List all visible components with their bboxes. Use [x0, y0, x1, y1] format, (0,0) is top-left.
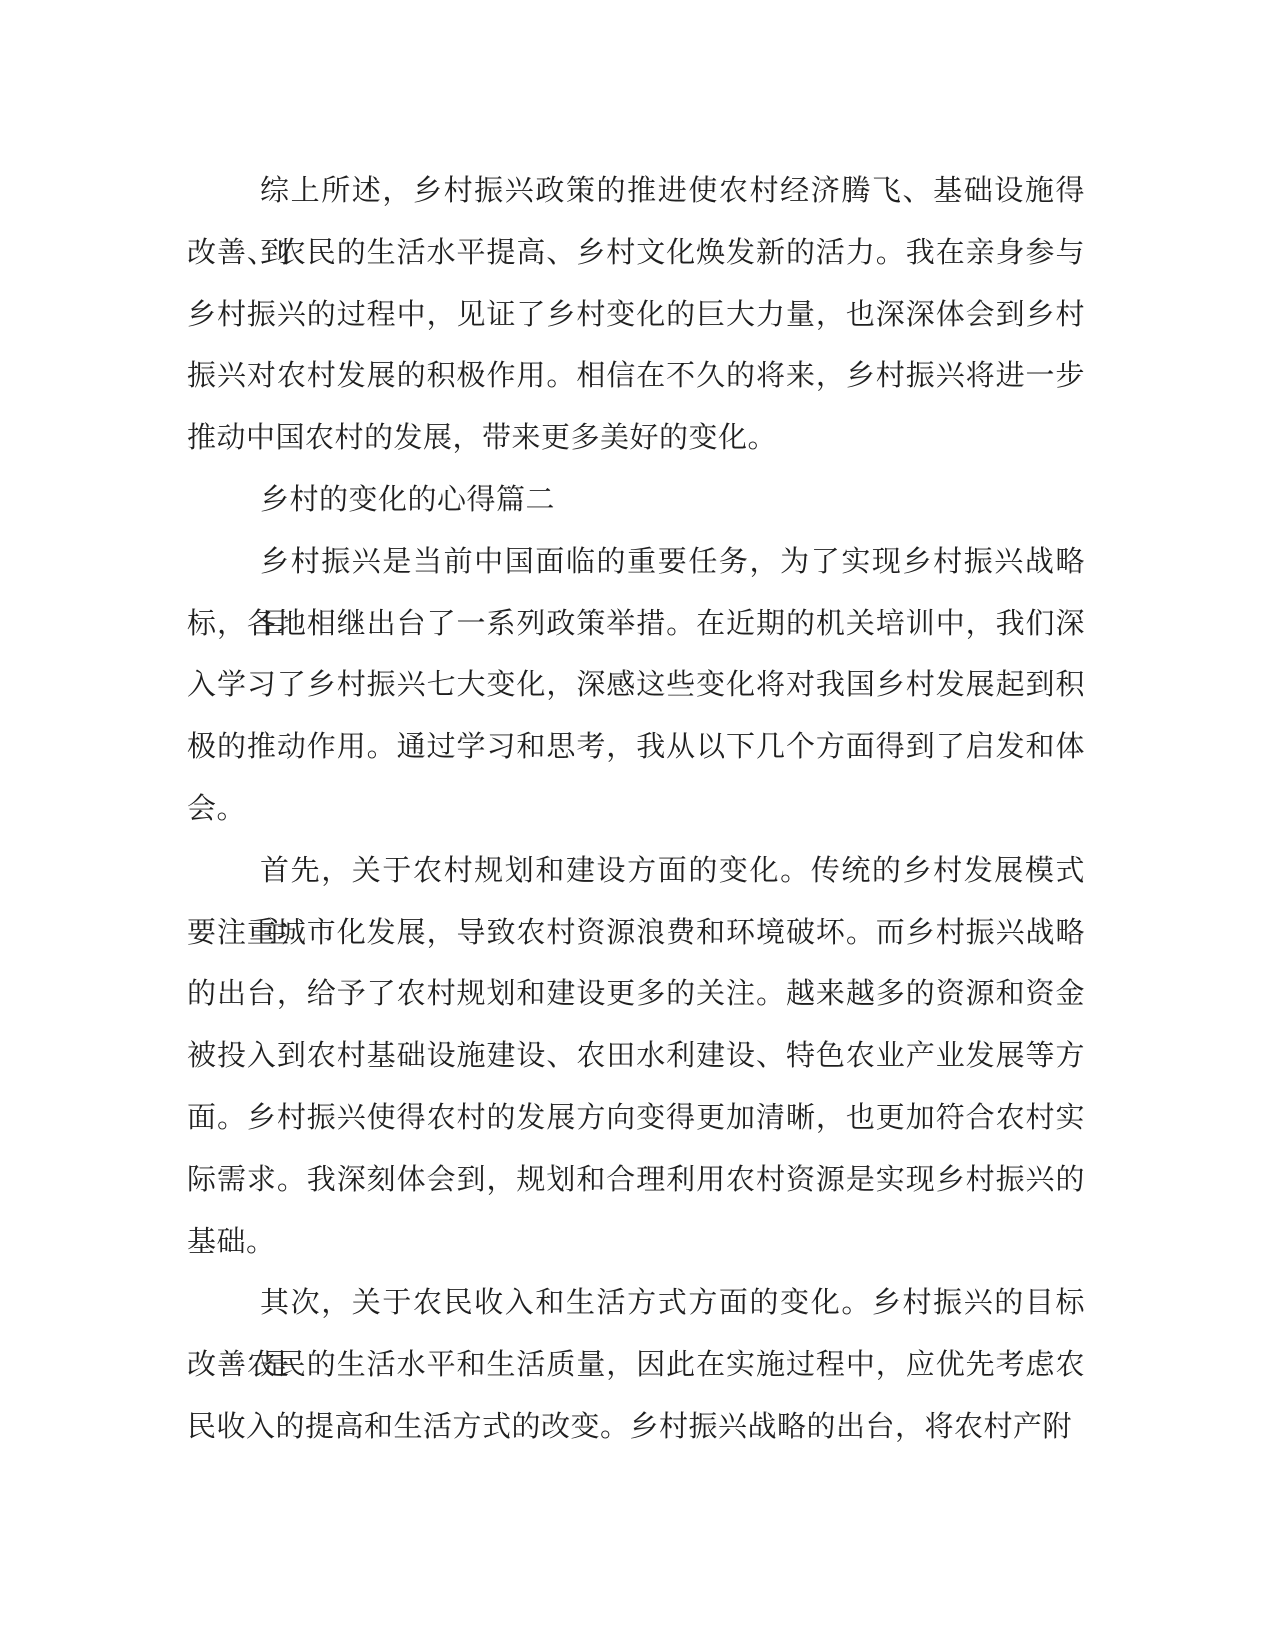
document-line: 会。	[187, 779, 1085, 841]
paragraph: 其次，关于农民收入和生活方式方面的变化。乡村振兴的目标是改善农民的生活水平和生活…	[187, 1273, 1085, 1458]
document-page: 综上所述，乡村振兴政策的推进使农村经济腾飞、基础设施得到改善、农民的生活水平提高…	[0, 0, 1275, 1650]
document-line: 乡村的变化的心得篇二	[187, 470, 1085, 532]
document-line: 的出台，给予了农村规划和建设更多的关注。越来越多的资源和资金	[187, 964, 1085, 1026]
paragraph: 乡村的变化的心得篇二	[187, 470, 1085, 532]
document-line: 乡村振兴的过程中，见证了乡村变化的巨大力量，也深深体会到乡村	[187, 285, 1085, 347]
document-line: 入学习了乡村振兴七大变化，深感这些变化将对我国乡村发展起到积	[187, 655, 1085, 717]
document-line: 际需求。我深刻体会到，规划和合理利用农村资源是实现乡村振兴的	[187, 1150, 1085, 1212]
document-line: 其次，关于农民收入和生活方式方面的变化。乡村振兴的目标是	[187, 1273, 1085, 1335]
paragraph: 综上所述，乡村振兴政策的推进使农村经济腾飞、基础设施得到改善、农民的生活水平提高…	[187, 161, 1085, 470]
paragraph: 乡村振兴是当前中国面临的重要任务，为了实现乡村振兴战略目标，各地相继出台了一系列…	[187, 532, 1085, 841]
document-line: 振兴对农村发展的积极作用。相信在不久的将来，乡村振兴将进一步	[187, 346, 1085, 408]
document-line: 要注重城市化发展，导致农村资源浪费和环境破坏。而乡村振兴战略	[187, 903, 1085, 965]
document-line: 综上所述，乡村振兴政策的推进使农村经济腾飞、基础设施得到	[187, 161, 1085, 223]
document-line: 改善、农民的生活水平提高、乡村文化焕发新的活力。我在亲身参与	[187, 223, 1085, 285]
document-line: 改善农民的生活水平和生活质量，因此在实施过程中，应优先考虑农	[187, 1335, 1085, 1397]
document-line: 基础。	[187, 1212, 1085, 1274]
document-line: 标，各地相继出台了一系列政策举措。在近期的机关培训中，我们深	[187, 594, 1085, 656]
document-line: 乡村振兴是当前中国面临的重要任务，为了实现乡村振兴战略目	[187, 532, 1085, 594]
paragraph: 首先，关于农村规划和建设方面的变化。传统的乡村发展模式主要注重城市化发展，导致农…	[187, 841, 1085, 1274]
document-line: 极的推动作用。通过学习和思考，我从以下几个方面得到了启发和体	[187, 717, 1085, 779]
document-body: 综上所述，乡村振兴政策的推进使农村经济腾飞、基础设施得到改善、农民的生活水平提高…	[187, 161, 1085, 1459]
document-line: 民收入的提高和生活方式的改变。乡村振兴战略的出台，将农村产附	[187, 1397, 1085, 1459]
document-line: 推动中国农村的发展，带来更多美好的变化。	[187, 408, 1085, 470]
document-line: 首先，关于农村规划和建设方面的变化。传统的乡村发展模式主	[187, 841, 1085, 903]
document-line: 面。乡村振兴使得农村的发展方向变得更加清晰，也更加符合农村实	[187, 1088, 1085, 1150]
document-line: 被投入到农村基础设施建设、农田水利建设、特色农业产业发展等方	[187, 1026, 1085, 1088]
